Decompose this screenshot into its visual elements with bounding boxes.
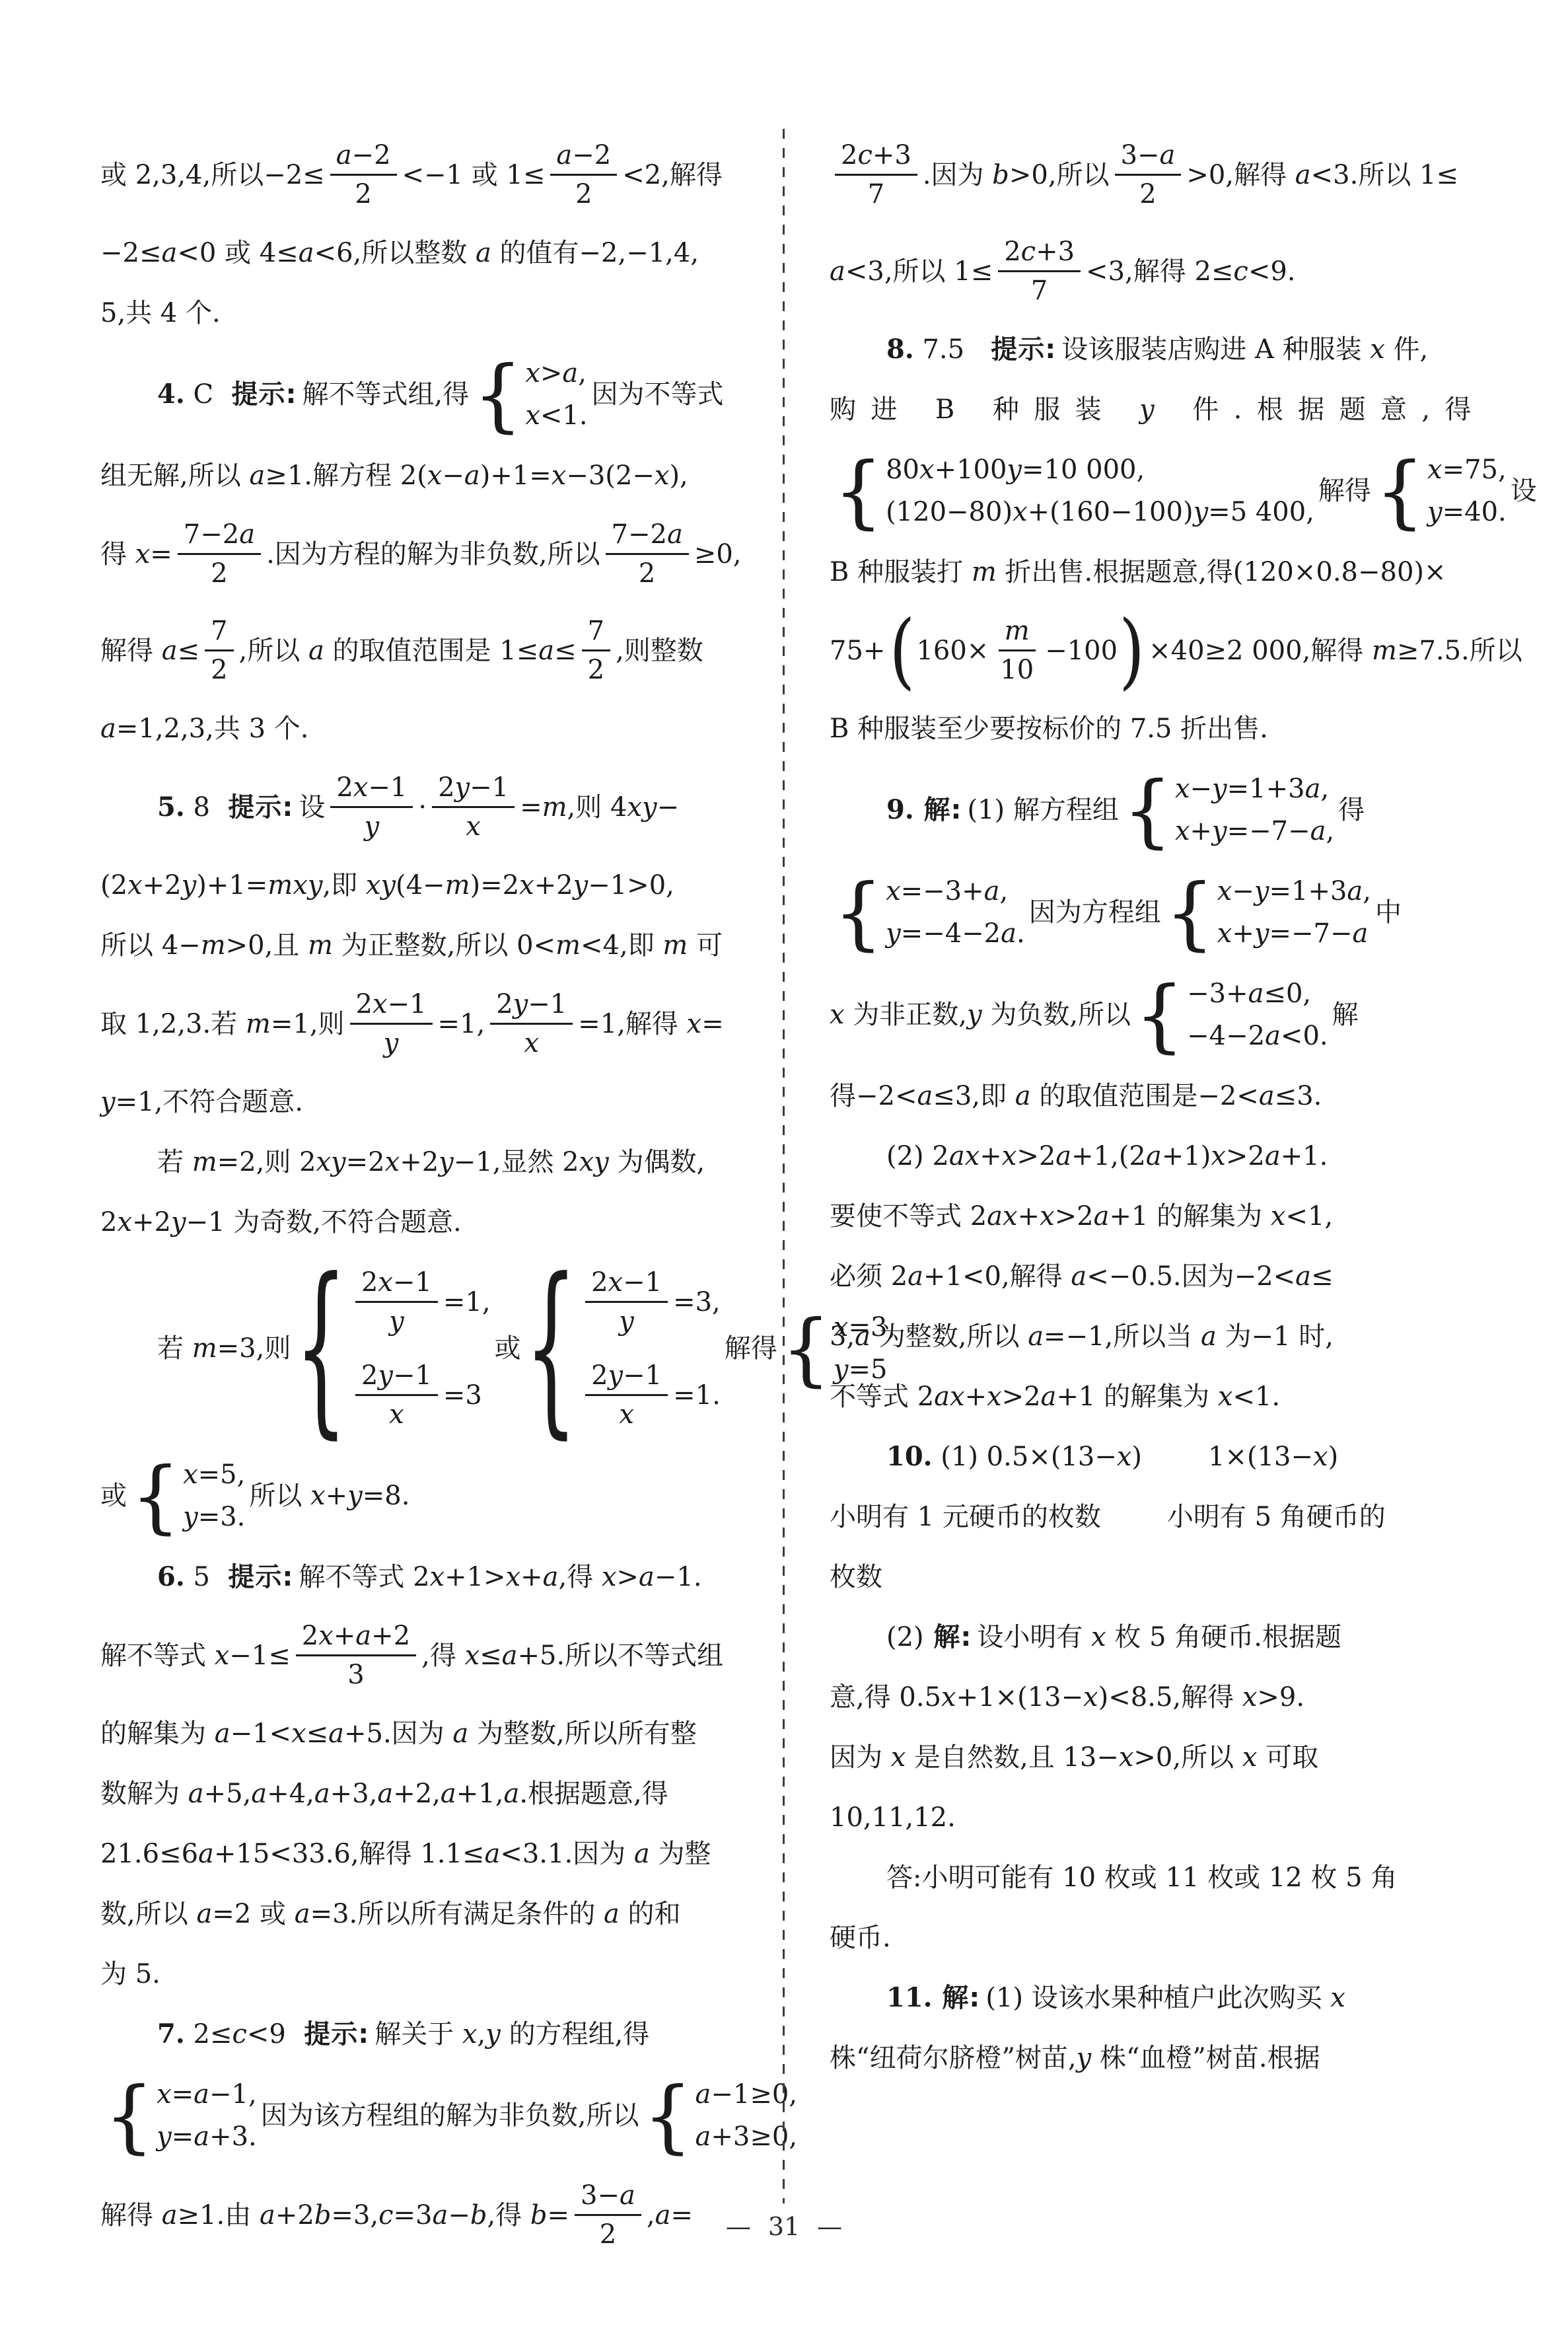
system-equation: −3+a≤0, (1187, 976, 1311, 1012)
text-run: 因为方程组 (1029, 895, 1161, 930)
right-column: 2c+37.因为 b>0,所以3−a2>0,解得 a<3.所以 1≤a<3,所以… (830, 137, 1500, 2099)
text-run: 或 2,3,4,所以−2≤ (100, 157, 325, 193)
system-equation: x−y=1+3a, (1217, 873, 1371, 909)
hint-label: 提示: (228, 1559, 293, 1595)
text-run: C (185, 377, 231, 412)
question-number: 9. (886, 792, 914, 828)
brace-icon: { (834, 460, 883, 522)
question-number: 4. (157, 377, 185, 412)
text-run: 为 5. (100, 1956, 160, 1992)
text-run: 设该服装店购进 A 种服装 x 件, (1061, 332, 1428, 367)
fraction-numerator: 7−2a (178, 519, 261, 555)
equation-system: {2x−1y=3,2y−1x=1. (525, 1265, 721, 1432)
text-run: y=1,不符合题意. (100, 1084, 303, 1120)
text-run: 解不等式 x−1≤ (100, 1638, 291, 1674)
text-run: .因为方程的解为非负数,所以 (266, 536, 600, 572)
equation-system: {x=a−1,y=a+3. (104, 2077, 257, 2155)
fraction-numerator: 3−a (575, 2180, 641, 2216)
text-run: 若 m=3,则 (157, 1331, 291, 1366)
equation-system: {x=75,y=40. (1375, 452, 1507, 530)
text-run: 若 m=2,则 2xy=2x+2y−1,显然 2xy 为偶数, (157, 1144, 705, 1180)
text-run: >0,解得 a<3.所以 1≤ (1186, 157, 1458, 193)
solution-line: 75+(160×m10−100)×40≥2 000,解得 m≥7.5.所以 (830, 613, 1500, 688)
text-run: 7.5 (914, 332, 989, 367)
system-equation: 2y−1x=1. (580, 1358, 721, 1432)
text-run: 解得 (1318, 473, 1371, 509)
system-equation: x+y=−7−a, (1175, 813, 1334, 849)
brace-icon: { (295, 1276, 347, 1421)
solution-line: a<3,所以 1≤2c+37<3,解得 2≤c<9. (830, 234, 1500, 309)
text-run: x−y=1+3a, (1217, 873, 1371, 909)
solution-line: 要使不等式 2ax+x>2a+1 的解集为 x<1, (830, 1197, 1500, 1236)
text-run: 80x+100y=10 000, (886, 452, 1145, 488)
text-run: 解得 (725, 1331, 777, 1366)
solution-line: 不等式 2ax+x>2a+1 的解集为 x<1. (830, 1378, 1500, 1416)
solution-line: 或 2,3,4,所以−2≤a−22<−1 或 1≤a−22<2,解得 (100, 137, 771, 212)
solution-line: −2≤a<0 或 4≤a<6,所以整数 a 的值有−2,−1,4, (100, 234, 771, 272)
solution-line: 5,共 4 个. (100, 294, 771, 332)
solution-line: (2) 2ax+x>2a+1,(2a+1)x>2a+1. (830, 1137, 1500, 1175)
system-equation: y=−4−2a. (886, 916, 1025, 951)
fraction-numerator: 2y−1 (490, 989, 573, 1025)
fraction-denominator: 2 (205, 651, 233, 685)
text-run: x=75, (1427, 452, 1507, 488)
text-run: 所以 x+y=8. (249, 1478, 410, 1514)
text-run: −100 (1045, 633, 1118, 669)
system-equation: 2x−1y=1, (350, 1265, 491, 1339)
fraction-numerator: 2x−1 (330, 772, 413, 808)
solution-line: 必须 2a+1<0,解得 a<−0.5.因为−2<a≤ (830, 1257, 1500, 1296)
fraction: 7−2a2 (606, 519, 689, 589)
question-number: 8. (886, 332, 914, 367)
text-run: 因为 x 是自然数,且 13−x>0,所以 x 可取 (830, 1740, 1318, 1775)
text-run: ,则整数 (616, 633, 703, 669)
text-run: 设 (1511, 473, 1537, 509)
text-run: 设小明有 x 枚 5 角硬币.根据题 (977, 1619, 1341, 1655)
text-run: 2≤c<9 (185, 2016, 303, 2052)
brace-icon: { (473, 363, 522, 425)
solution-line: 若 m=3,则{2x−1y=1,2y−1x=3或{2x−1y=3,2y−1x=1… (100, 1263, 771, 1434)
system-equation: a−1≥0, (695, 2077, 798, 2112)
brace-icon: { (1375, 460, 1425, 522)
text-run: x−y=1+3a, (1175, 771, 1329, 807)
solution-line: 2x+2y−1 为奇数,不符合题意. (100, 1203, 771, 1241)
text-run: 5 (185, 1559, 227, 1595)
system-equation: a+3≥0, (695, 2119, 798, 2155)
fraction-numerator: 2y−1 (585, 1360, 668, 1396)
text-run: =1, (443, 1284, 491, 1320)
text-run: x=a−1, (157, 2077, 257, 2112)
text-run: 或 (495, 1331, 521, 1366)
fraction-denominator: 2 (205, 555, 233, 589)
fraction-numerator: 3−a (1115, 140, 1182, 176)
text-run: 10,11,12. (830, 1800, 956, 1835)
brace-icon: { (1165, 881, 1215, 943)
text-run: 2x+2y−1 为奇数,不符合题意. (100, 1204, 462, 1240)
hint-label: 解: (933, 1619, 972, 1655)
system-equation: x+y=−7−a (1217, 916, 1369, 951)
page-number: 31 (768, 2212, 800, 2241)
solution-line: 解不等式 x−1≤2x+a+23,得 x≤a+5.所以不等式组 (100, 1618, 771, 1693)
workbook-page: 或 2,3,4,所以−2≤a−22<−1 或 1≤a−22<2,解得−2≤a<0… (0, 0, 1568, 2325)
question-number: 7. (157, 2016, 185, 2052)
fraction: 2x+a+23 (296, 1621, 416, 1690)
fraction-numerator: 2x+a+2 (296, 1621, 416, 1656)
solution-line: x 为非正数,y 为负数,所以{−3+a≤0,−4−2a<0.解 (830, 975, 1500, 1055)
text-run: (2x+2y)+1=mxy,即 xy(4−m)=2x+2y−1>0, (100, 867, 674, 903)
text-run: 硬币. (830, 1920, 891, 1956)
equation-system: {x−y=1+3a,x+y=−7−a, (1123, 771, 1334, 849)
text-run: .因为 b>0,所以 (923, 157, 1110, 193)
fraction: 2y−1x (585, 1360, 668, 1430)
fraction-numerator: 2y−1 (432, 772, 515, 808)
system-rows: 2x−1y=3,2y−1x=1. (580, 1265, 721, 1432)
solution-line: 10. (1) 0.5×(13−x)1×(13−x) (830, 1438, 1500, 1476)
fraction-numerator: 2x−1 (355, 1267, 438, 1303)
solution-line: 21.6≤6a+15<33.6,解得 1.1≤a<3.1.因为 a 为整 (100, 1835, 771, 1873)
fraction: 2x−1y (355, 1267, 438, 1337)
text-run: 解 (1332, 997, 1359, 1033)
fraction-numerator: 2x−1 (350, 989, 433, 1025)
system-rows: x=5,y=3. (183, 1457, 245, 1535)
big-paren-group: (160×m10−100) (888, 613, 1146, 688)
text-run: (1) 0.5×(13−x) (933, 1439, 1142, 1475)
system-equation: y=a+3. (157, 2119, 257, 2155)
text-run: 解关于 x,y 的方程组,得 (374, 2016, 649, 2052)
text-run: 得 x= (100, 536, 172, 572)
fraction-denominator: x (460, 808, 487, 842)
text-run: −3+a≤0, (1187, 976, 1311, 1012)
fraction: a−22 (330, 140, 397, 209)
system-rows: x=a−1,y=a+3. (157, 2077, 257, 2155)
text-run: (2) 2ax+x>2a+1,(2a+1)x>2a+1. (886, 1138, 1328, 1174)
text-run: · (418, 790, 427, 825)
text-run: (1) 设该水果种植户此次购买 x (985, 1980, 1345, 2016)
equation-system: {a−1≥0,a+3≥0, (643, 2077, 797, 2155)
text-run: =1, (438, 1006, 485, 1042)
text-run: 组无解,所以 a≥1.解方程 2(x−a)+1=x−3(2−x), (100, 458, 688, 494)
fraction: 2x−1y (330, 772, 413, 842)
solution-line: a=1,2,3,共 3 个. (100, 710, 771, 748)
solution-line: 的解集为 a−1<x≤a+5.因为 a 为整数,所以所有整 (100, 1715, 771, 1753)
fraction-denominator: x (518, 1025, 545, 1058)
text-run: 5,共 4 个. (100, 295, 221, 331)
system-rows: 2x−1y=1,2y−1x=3 (350, 1265, 491, 1432)
fraction: 72 (205, 616, 233, 685)
solution-line: y=1,不符合题意. (100, 1083, 771, 1121)
text-run: y=a+3. (157, 2119, 257, 2155)
system-equation: y=3. (183, 1499, 245, 1535)
fraction: 72 (582, 616, 610, 685)
text-run: 小明有 1 元硬币的枚数 (830, 1499, 1101, 1535)
fraction-denominator: y (378, 1025, 405, 1058)
text-run: =1. (673, 1378, 721, 1413)
brace-icon: { (643, 2085, 692, 2147)
text-run: x>a, (525, 355, 587, 391)
fraction-numerator: 7−2a (606, 519, 689, 555)
text-run: 解不等式 2x+1>x+a,得 x>a−1. (299, 1559, 701, 1595)
fraction-denominator: 10 (994, 651, 1040, 685)
text-run: 1×(13−x) (1208, 1439, 1338, 1475)
fraction: 2x−1y (585, 1267, 668, 1337)
solution-line: 11. 解:(1) 设该水果种植户此次购买 x (830, 1979, 1500, 2017)
text-run: 小明有 5 角硬币的 (1167, 1499, 1386, 1535)
fraction-numerator: 2c+3 (998, 237, 1081, 272)
system-rows: −3+a≤0,−4−2a<0. (1187, 976, 1328, 1054)
close-paren-icon: ) (1119, 618, 1145, 684)
question-number: 10. (886, 1439, 933, 1475)
system-equation: 80x+100y=10 000, (886, 452, 1145, 488)
text-run: 不等式 2ax+x>2a+1 的解集为 x<1. (830, 1379, 1280, 1415)
equation-system: {−3+a≤0,−4−2a<0. (1135, 976, 1328, 1054)
text-run: a<3,所以 1≤ (830, 254, 993, 289)
solution-line: 10,11,12. (830, 1798, 1500, 1837)
system-equation: x<1. (525, 398, 587, 433)
text-run: (1) 解方程组 (967, 792, 1118, 828)
question-number: 11. (886, 1980, 933, 2016)
text-run: (120−80)x+(160−100)y=5 400, (886, 494, 1314, 530)
solution-line: 枚数 (830, 1558, 1500, 1596)
text-run: 或 (100, 1478, 127, 1514)
text-run: ≥0, (694, 536, 742, 572)
fraction-denominator: 2 (569, 176, 598, 209)
text-run: 8 (185, 790, 227, 825)
fraction: 3−a2 (1115, 140, 1182, 209)
system-equation: x>a, (525, 355, 587, 391)
text-run: <3,解得 2≤c<9. (1086, 254, 1295, 289)
system-equation: x−y=1+3a, (1175, 771, 1329, 807)
text-run: 的解集为 a−1<x≤a+5.因为 a 为整数,所以所有整 (100, 1716, 697, 1752)
text-run: a−1≥0, (695, 2077, 798, 2112)
text-run: 株“纽荷尔脐橙”树苗,y 株“血橙”树苗.根据 (830, 2040, 1320, 2076)
fraction-denominator: 7 (1025, 272, 1053, 306)
text-run: =3 (443, 1378, 482, 1413)
fraction-denominator: x (383, 1396, 410, 1430)
hint-label: 解: (942, 1980, 980, 2016)
text-run: 得−2<a≤3,即 a 的取值范围是−2<a≤3. (830, 1078, 1322, 1114)
solution-line: 或{x=5,y=3.所以 x+y=8. (100, 1456, 771, 1536)
text-run: 必须 2a+1<0,解得 a<−0.5.因为−2<a≤ (830, 1259, 1333, 1294)
system-equation: 2y−1x=3 (350, 1358, 482, 1432)
solution-line: 得 x=7−2a2.因为方程的解为非负数,所以7−2a2≥0, (100, 517, 771, 591)
text-run: 解得 a≤ (100, 633, 199, 669)
fraction: a−22 (550, 140, 617, 209)
solution-line: (2x+2y)+1=mxy,即 xy(4−m)=2x+2y−1>0, (100, 866, 771, 904)
text-run: 75+ (830, 633, 885, 669)
equation-system: {x=−3+a,y=−4−2a. (834, 873, 1025, 951)
system-equation: (120−80)x+(160−100)y=5 400, (886, 494, 1314, 530)
solution-line: B 种服装至少要按标价的 7.5 折出售. (830, 710, 1500, 748)
solution-line: B 种服装打 m 折出售.根据题意,得(120×0.8−80)× (830, 553, 1500, 591)
solution-line: 购进 B 种服装 y 件.根据题意,得 (830, 390, 1500, 429)
text-run: =1,解得 x= (578, 1006, 723, 1042)
fraction-numerator: 7 (205, 616, 233, 651)
solution-line: 答:小明可能有 10 枚或 11 枚或 12 枚 5 角 (830, 1859, 1500, 1897)
text-run: 设 (299, 790, 325, 825)
text-run: a+3≥0, (695, 2119, 798, 2155)
fraction: 2y−1x (490, 989, 573, 1058)
text-run (914, 792, 923, 828)
text-run: x=−3+a, (886, 873, 1008, 909)
system-rows: x>a,x<1. (525, 355, 587, 433)
solution-line: 数解为 a+5,a+4,a+3,a+2,a+1,a.根据题意,得 (100, 1775, 771, 1813)
solution-line: 数,所以 a=2 或 a=3.所以所有满足条件的 a 的和 (100, 1895, 771, 1933)
footer-dash-right: — (817, 2212, 842, 2241)
fraction: 2y−1x (355, 1360, 438, 1430)
text-run: y=3. (183, 1499, 245, 1535)
text-run: y=40. (1427, 494, 1507, 530)
text-run: 答:小明可能有 10 枚或 11 枚或 12 枚 5 角 (886, 1860, 1397, 1896)
column-divider (783, 129, 785, 2203)
system-rows: x−y=1+3a,x+y=−7−a (1217, 873, 1371, 951)
system-rows: x=75,y=40. (1427, 452, 1507, 530)
question-number: 5. (157, 790, 185, 825)
solution-line: 2c+37.因为 b>0,所以3−a2>0,解得 a<3.所以 1≤ (830, 137, 1500, 212)
solution-line: 为 5. (100, 1955, 771, 1993)
text-run: −2≤a<0 或 4≤a<6,所以整数 a 的值有−2,−1,4, (100, 235, 699, 271)
text-run: B 种服装打 m 折出售.根据题意,得(120×0.8−80)× (830, 554, 1446, 590)
text-run: 数,所以 a=2 或 a=3.所以所有满足条件的 a 的和 (100, 1896, 681, 1932)
text-run: B 种服装至少要按标价的 7.5 折出售. (830, 711, 1268, 747)
left-column: 或 2,3,4,所以−2≤a−22<−1 或 1≤a−22<2,解得−2≤a<0… (100, 137, 771, 2274)
system-equation: x=5, (183, 1457, 245, 1493)
system-equation: x=a−1, (157, 2077, 257, 2112)
system-equation: x=−3+a, (886, 873, 1008, 909)
hint-label: 提示: (991, 332, 1056, 367)
system-equation: −4−2a<0. (1187, 1018, 1328, 1054)
fraction-numerator: 2y−1 (355, 1360, 438, 1396)
text-run: 意,得 0.5x+1×(13−x)<8.5,解得 x>9. (830, 1679, 1304, 1715)
text-run: 枚数 (830, 1559, 882, 1595)
text-run: 因为该方程组的解为非负数,所以 (261, 2098, 639, 2133)
fraction: 2c+37 (998, 237, 1081, 306)
fraction-denominator: 2 (349, 176, 377, 209)
hint-label: 解: (923, 792, 962, 828)
fraction-denominator: 7 (862, 176, 890, 209)
page-footer: —31— (0, 2212, 1568, 2241)
system-equation: 2x−1y=3, (580, 1265, 721, 1339)
text-run: 3,a 为整数,所以 a=−1,所以当 a 为−1 时, (830, 1319, 1334, 1354)
text-run: x<1. (525, 398, 587, 433)
fraction-numerator: 7 (582, 616, 610, 651)
text-run: x+y=−7−a (1217, 916, 1369, 951)
fraction-denominator: 2 (1133, 176, 1162, 209)
solution-line: 意,得 0.5x+1×(13−x)<8.5,解得 x>9. (830, 1678, 1500, 1716)
text-run: <2,解得 (622, 157, 723, 193)
system-rows: x−y=1+3a,x+y=−7−a, (1175, 771, 1334, 849)
brace-icon: { (1123, 779, 1172, 841)
text-run: 21.6≤6a+15<33.6,解得 1.1≤a<3.1.因为 a 为整 (100, 1836, 711, 1872)
system-equation: y=40. (1427, 494, 1507, 530)
text-run: x+y=−7−a, (1175, 813, 1334, 849)
equation-system: {x−y=1+3a,x+y=−7−a (1165, 873, 1371, 951)
fraction-denominator: 2 (582, 651, 610, 685)
system-rows: 80x+100y=10 000,(120−80)x+(160−100)y=5 4… (886, 452, 1314, 530)
fraction-denominator: 2 (633, 555, 661, 589)
text-run: 160× (916, 633, 989, 669)
solution-line: 4. C 提示:解不等式组,得{x>a,x<1.因为不等式 (100, 354, 771, 435)
fraction: 2y−1x (432, 772, 515, 842)
fraction-denominator: 3 (341, 1656, 370, 1690)
fraction-numerator: m (999, 616, 1036, 651)
fraction-numerator: a−2 (550, 140, 617, 176)
fraction-denominator: y (359, 808, 386, 842)
hint-label: 提示: (232, 377, 297, 412)
equation-system: {x=5,y=3. (131, 1457, 245, 1535)
brace-icon: { (781, 1317, 831, 1380)
brace-icon: { (131, 1465, 180, 1527)
fraction-numerator: 2x−1 (585, 1267, 668, 1303)
question-number: 6. (157, 1559, 185, 1595)
fraction-denominator: x (613, 1396, 640, 1430)
solution-line: 3,a 为整数,所以 a=−1,所以当 a 为−1 时, (830, 1317, 1500, 1356)
text-run: ,所以 a 的取值范围是 1≤a≤ (239, 633, 577, 669)
hint-label: 提示: (228, 790, 293, 825)
text-run: 要使不等式 2ax+x>2a+1 的解集为 x<1, (830, 1199, 1333, 1234)
text-run: 得 (1338, 792, 1365, 828)
solution-line: 小明有 1 元硬币的枚数小明有 5 角硬币的 (830, 1498, 1500, 1536)
equation-system: {x>a,x<1. (473, 355, 587, 433)
solution-line: (2) 解:设小明有 x 枚 5 角硬币.根据题 (830, 1618, 1500, 1656)
fraction-denominator: y (383, 1303, 410, 1337)
solution-line: {x=a−1,y=a+3.因为该方程组的解为非负数,所以{a−1≥0,a+3≥0… (100, 2075, 771, 2156)
text-run: 取 1,2,3.若 m=1,则 (100, 1006, 345, 1042)
open-paren-icon: ( (889, 618, 915, 684)
text-run: =3, (673, 1284, 721, 1320)
text-run: 因为不等式 (592, 377, 724, 412)
solution-line: 8. 7.5 提示:设该服装店购进 A 种服装 x 件, (830, 330, 1500, 369)
solution-line: 组无解,所以 a≥1.解方程 2(x−a)+1=x−3(2−x), (100, 457, 771, 495)
text-run: x=5, (183, 1457, 245, 1493)
fraction: 2x−1y (350, 989, 433, 1058)
text-run: −4−2a<0. (1187, 1018, 1328, 1054)
text-run: (2) (886, 1619, 932, 1655)
text-run: ,得 x≤a+5.所以不等式组 (421, 1638, 723, 1674)
fraction-numerator: a−2 (330, 140, 397, 176)
solution-line: 若 m=2,则 2xy=2x+2y−1,显然 2xy 为偶数, (100, 1143, 771, 1181)
brace-icon: { (834, 881, 883, 943)
solution-line: 取 1,2,3.若 m=1,则2x−1y=1,2y−1x=1,解得 x= (100, 986, 771, 1061)
solution-line: 9. 解:(1) 解方程组{x−y=1+3a,x+y=−7−a,得 (830, 770, 1500, 850)
solution-line: {x=−3+a,y=−4−2a.因为方程组{x−y=1+3a,x+y=−7−a中 (830, 872, 1500, 953)
text-run (933, 1980, 941, 2016)
text-run: 解不等式组,得 (303, 377, 470, 412)
text-run: 所以 4−m>0,且 m 为正整数,所以 0<m<4,即 m 可 (100, 928, 723, 963)
solution-line: 株“纽荷尔脐橙”树苗,y 株“血橙”树苗.根据 (830, 2039, 1500, 2077)
text-run: <−1 或 1≤ (402, 157, 546, 193)
fraction: m10 (994, 616, 1040, 685)
system-rows: x=−3+a,y=−4−2a. (886, 873, 1025, 951)
solution-line: {80x+100y=10 000,(120−80)x+(160−100)y=5 … (830, 451, 1500, 531)
brace-icon: { (1135, 984, 1184, 1046)
equation-system: {2x−1y=1,2y−1x=3 (295, 1265, 490, 1432)
solution-line: 6. 5 提示:解不等式 2x+1>x+a,得 x>a−1. (100, 1558, 771, 1596)
fraction: 7−2a2 (178, 519, 261, 589)
system-equation: x=75, (1427, 452, 1507, 488)
text-run: x 为非正数,y 为负数,所以 (830, 997, 1131, 1033)
fraction-denominator: y (613, 1303, 640, 1337)
solution-line: 硬币. (830, 1919, 1500, 1957)
footer-dash-left: — (726, 2212, 751, 2241)
equation-system: {80x+100y=10 000,(120−80)x+(160−100)y=5 … (834, 452, 1314, 530)
solution-line: 所以 4−m>0,且 m 为正整数,所以 0<m<4,即 m 可 (100, 926, 771, 965)
text-run: 数解为 a+5,a+4,a+3,a+2,a+1,a.根据题意,得 (100, 1776, 668, 1812)
solution-line: 5. 8 提示:设2x−1y·2y−1x=m,则 4xy− (100, 770, 771, 844)
brace-icon: { (104, 2085, 154, 2147)
text-run: y=−4−2a. (886, 916, 1025, 951)
system-rows: a−1≥0,a+3≥0, (695, 2077, 798, 2155)
brace-icon: { (525, 1276, 578, 1421)
